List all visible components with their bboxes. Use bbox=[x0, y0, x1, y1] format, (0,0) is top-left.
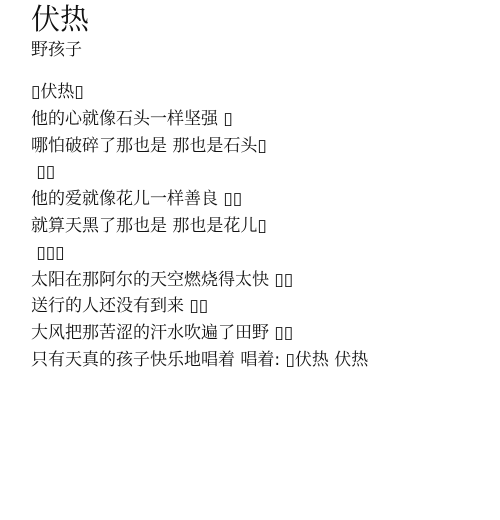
lyric-line: ▯▯ bbox=[31, 159, 491, 186]
artist-name: 野孩子 bbox=[31, 39, 491, 61]
lyric-line: 只有天真的孩子快乐地唱着 唱着: ▯伏热 伏热 bbox=[31, 347, 491, 374]
lyric-line: ▯▯▯ bbox=[31, 240, 491, 267]
lyric-line: 他的心就像石头一样坚强 ▯ bbox=[31, 106, 491, 133]
lyric-line: ▯伏热▯ bbox=[31, 79, 491, 106]
lyric-line: 太阳在那阿尔的天空燃烧得太快 ▯▯ bbox=[31, 267, 491, 294]
lyric-line: 他的爱就像花儿一样善良 ▯▯ bbox=[31, 186, 491, 213]
lyrics-body: ▯伏热▯ 他的心就像石头一样坚强 ▯ 哪怕破碎了那也是 那也是石头▯ ▯▯ 他的… bbox=[31, 79, 491, 374]
song-title: 伏热 bbox=[31, 0, 491, 37]
lyric-line: 就算天黑了那也是 那也是花儿▯ bbox=[31, 213, 491, 240]
lyric-line: 送行的人还没有到来 ▯▯ bbox=[31, 293, 491, 320]
lyrics-page: 伏热 野孩子 ▯伏热▯ 他的心就像石头一样坚强 ▯ 哪怕破碎了那也是 那也是石头… bbox=[31, 0, 491, 374]
lyric-line: 大风把那苦涩的汗水吹遍了田野 ▯▯ bbox=[31, 320, 491, 347]
lyric-line: 哪怕破碎了那也是 那也是石头▯ bbox=[31, 133, 491, 160]
